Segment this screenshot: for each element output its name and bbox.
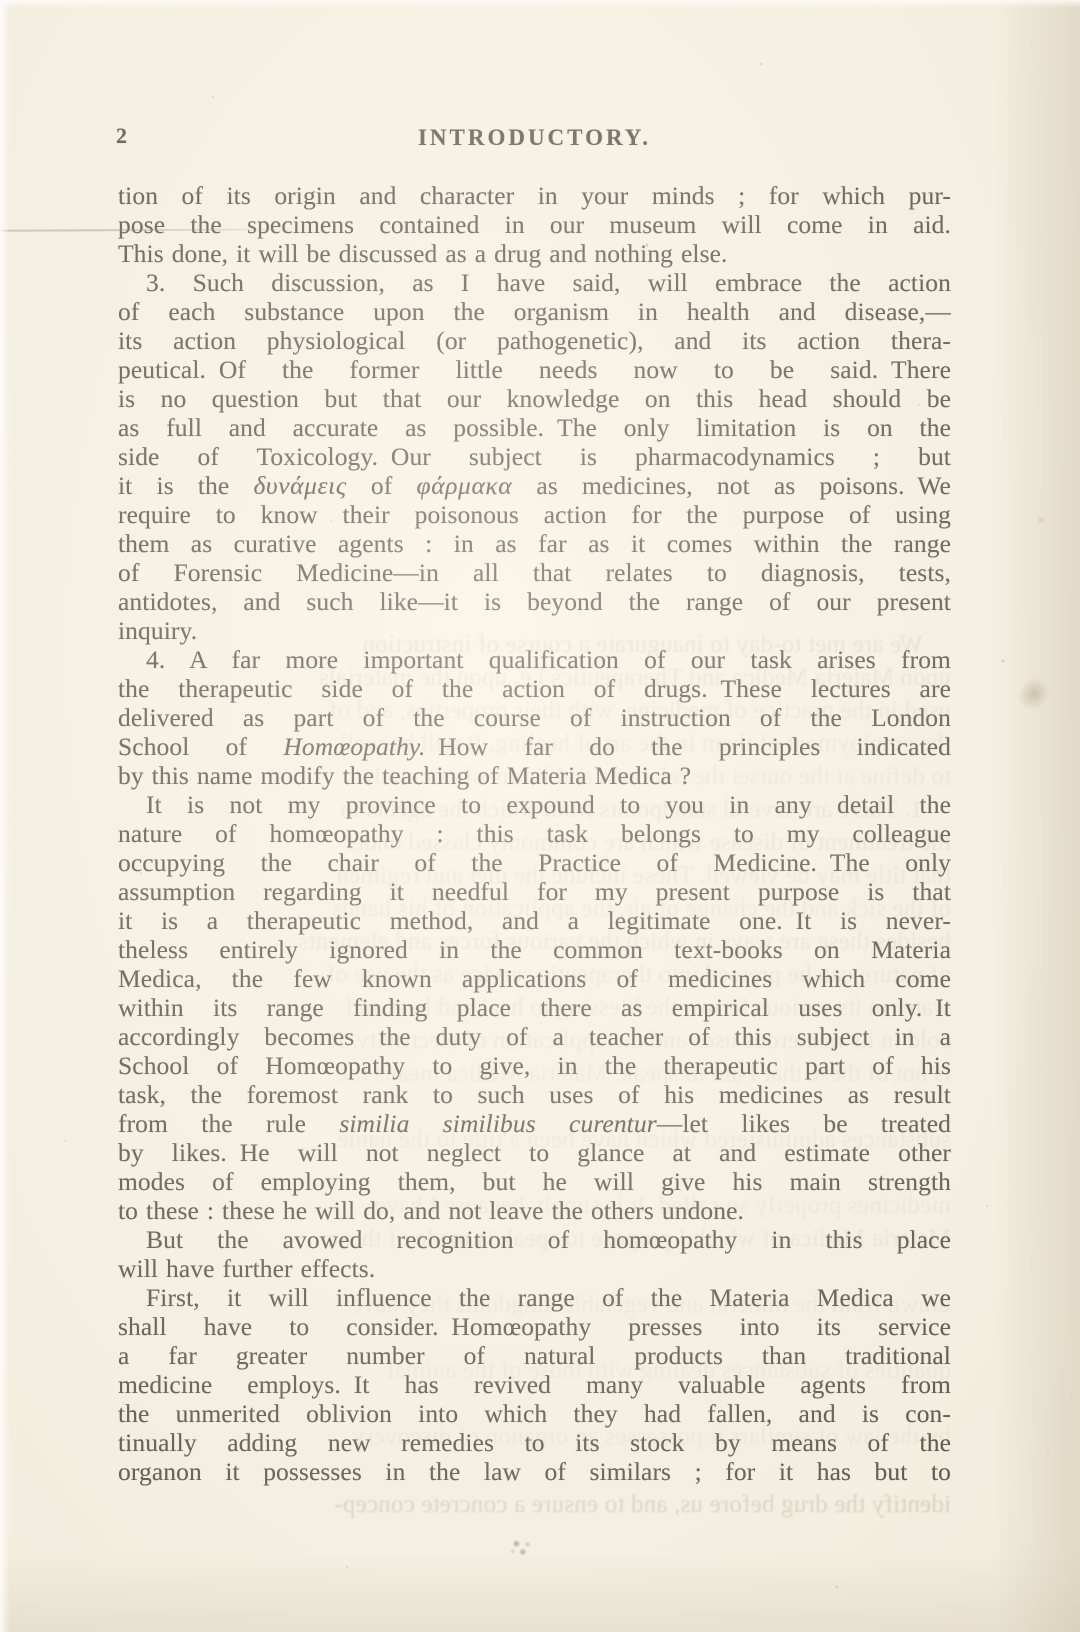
dust-specks	[0, 0, 2, 2]
text-line: tinually adding new remedies to its stoc…	[118, 1428, 951, 1457]
text-line: medicine employs. It has revived many va…	[118, 1370, 951, 1399]
text-line: it is a therapeutic method, and a legiti…	[118, 906, 951, 935]
text-line: will have further effects.	[118, 1254, 951, 1283]
text-line: side of Toxicology. Our subject is pharm…	[118, 442, 951, 471]
text-line: 3. Such discussion, as I have said, will…	[118, 268, 951, 297]
text-line: inquiry.	[118, 616, 951, 645]
text-line: a far greater number of natural products…	[118, 1341, 951, 1370]
text-line: require to know their poisonous action f…	[118, 500, 951, 529]
text-line: delivered as part of the course of instr…	[118, 703, 951, 732]
signature-mark	[508, 1536, 532, 1558]
text-line: it is the δυνάμεις of φάρμακα as medicin…	[118, 471, 951, 500]
body-text: tion of its origin and character in your…	[118, 181, 951, 1486]
text-line: theless entirely ignored in the common t…	[118, 935, 951, 964]
text-line: This done, it will be discussed as a dru…	[118, 239, 951, 268]
text-line: within its range finding place there as …	[118, 993, 951, 1022]
ink-smudge	[1013, 675, 1055, 717]
text-line: occupying the chair of the Practice of M…	[118, 848, 951, 877]
running-title: INTRODUCTORY.	[118, 125, 951, 151]
text-line: Medica, the few known applications of me…	[118, 964, 951, 993]
text-line: by this name modify the teaching of Mate…	[118, 761, 951, 790]
text-line: peutical. Of the former little needs now…	[118, 355, 951, 384]
text-line: task, the foremost rank to such uses of …	[118, 1080, 951, 1109]
text-line: School of Homœopathy. How far do the pri…	[118, 732, 951, 761]
text-line: of each substance upon the organism in h…	[118, 297, 951, 326]
text-line: is no question but that our knowledge on…	[118, 384, 951, 413]
text-line: organon it possesses in the law of simil…	[118, 1457, 951, 1486]
text-line: antidotes, and such like—it is beyond th…	[118, 587, 951, 616]
text-line: from the rule similia similibus curentur…	[118, 1109, 951, 1138]
text-line: them as curative agents : in as far as i…	[118, 529, 951, 558]
stain-speck	[1036, 516, 1046, 524]
text-line: pose the specimens contained in our muse…	[118, 210, 951, 239]
text-line: modes of employing them, but he will giv…	[118, 1167, 951, 1196]
text-line: as full and accurate as possible. The on…	[118, 413, 951, 442]
text-line: nature of homœopathy : this task belongs…	[118, 819, 951, 848]
text-line: its action physiological (or pathogeneti…	[118, 326, 951, 355]
text-line: It is not my province to expound to you …	[118, 790, 951, 819]
text-line: the unmerited oblivion into which they h…	[118, 1399, 951, 1428]
bleed-through-line: identify the drug before us, and to ensu…	[334, 1490, 951, 1519]
text-line: by likes. He will not neglect to glance …	[118, 1138, 951, 1167]
text-line: 4. A far more important qualification of…	[118, 645, 951, 674]
text-line: the therapeutic side of the action of dr…	[118, 674, 951, 703]
text-line: tion of its origin and character in your…	[118, 181, 951, 210]
text-line: of Forensic Medicine—in all that relates…	[118, 558, 951, 587]
text-line: accordingly becomes the duty of a teache…	[118, 1022, 951, 1051]
text-line: But the avowed recognition of homœopathy…	[118, 1225, 951, 1254]
text-line: School of Homœopathy to give, in the the…	[118, 1051, 951, 1080]
text-line: shall have to consider. Homœopathy press…	[118, 1312, 951, 1341]
scanned-book-page: We are met to-day to inaugurate a course…	[0, 0, 1080, 1632]
text-line: to these : these he will do, and not lea…	[118, 1196, 951, 1225]
text-line: First, it will influence the range of th…	[118, 1283, 951, 1312]
text-line: assumption regarding it needful for my p…	[118, 877, 951, 906]
